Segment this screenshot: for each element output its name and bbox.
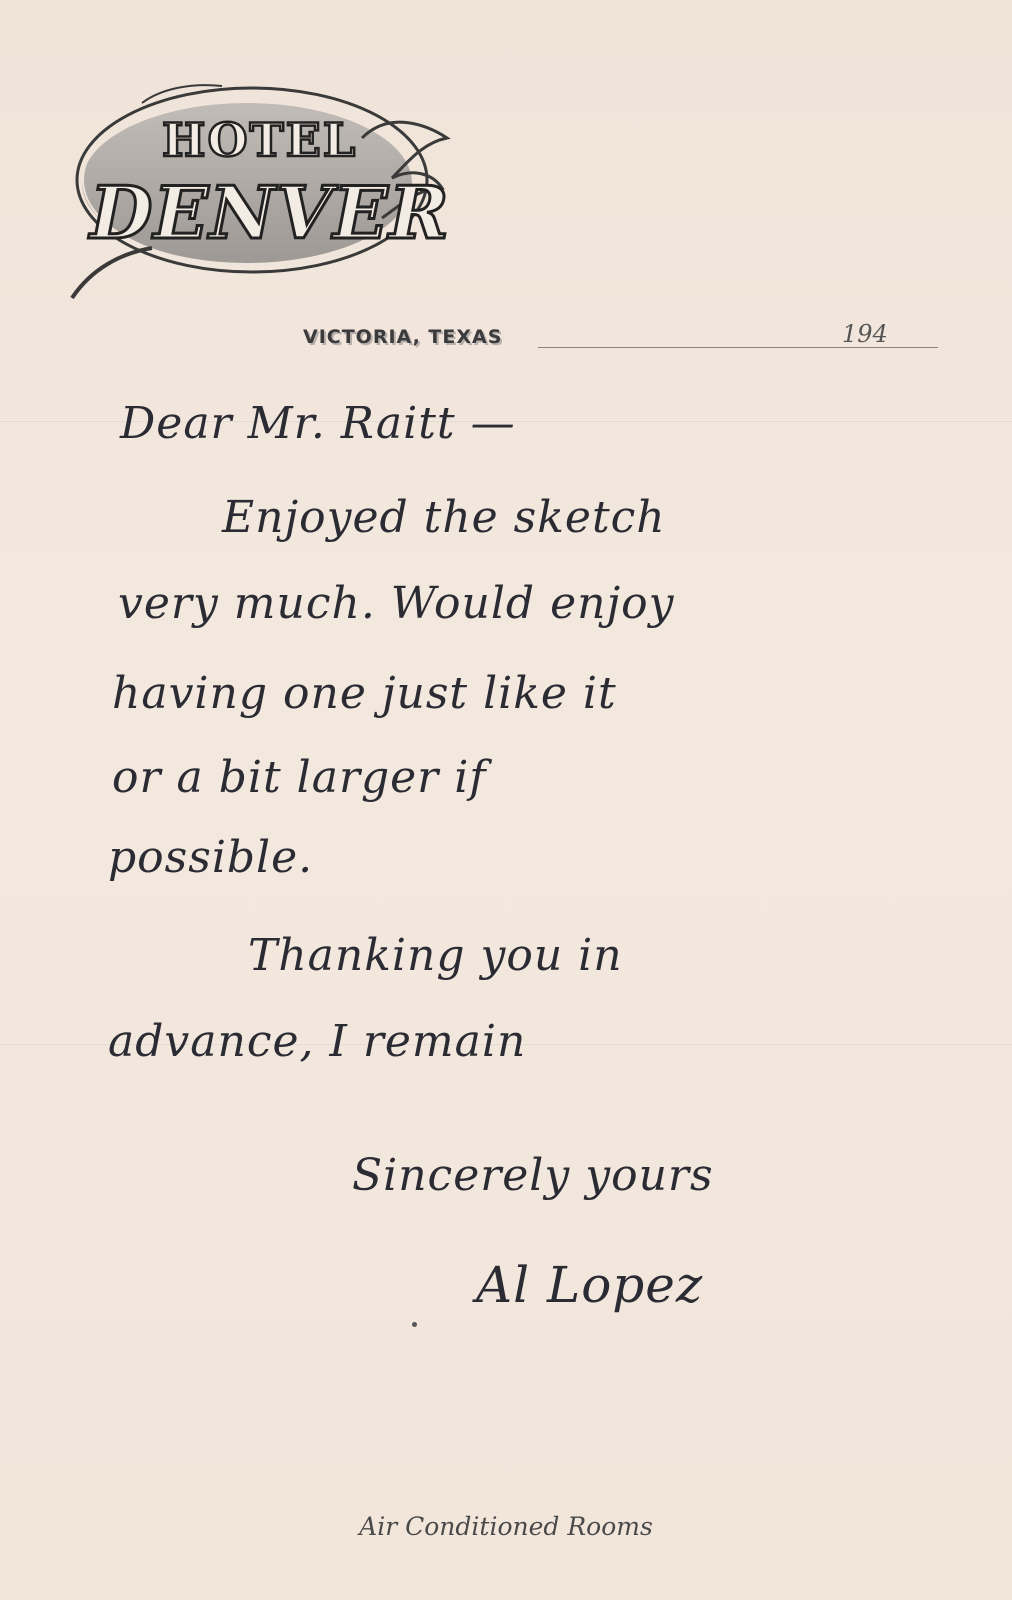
date-year-prefix: 194: [842, 320, 888, 348]
letter-line: or a bit larger if: [112, 752, 487, 803]
letter-line: advance, I remain: [108, 1016, 526, 1067]
footer-tagline: Air Conditioned Rooms: [0, 1512, 1012, 1541]
letter-page: HOTEL DENVER VICTORIA, TEXAS 194 Dear Mr…: [0, 0, 1012, 1600]
hotel-logo-emblem-icon: HOTEL DENVER: [62, 68, 454, 303]
hotel-logo: HOTEL DENVER: [62, 68, 454, 303]
svg-text:HOTEL: HOTEL: [162, 113, 357, 167]
hotel-location: VICTORIA, TEXAS: [303, 326, 502, 348]
letter-line: having one just like it: [112, 668, 617, 719]
letter-signature: Al Lopez: [476, 1256, 703, 1314]
svg-text:DENVER: DENVER: [88, 170, 450, 255]
letter-closing: Sincerely yours: [352, 1150, 714, 1201]
letter-salutation: Dear Mr. Raitt —: [120, 398, 516, 449]
letter-line: possible.: [108, 832, 313, 883]
letter-line: Thanking you in: [248, 930, 623, 981]
ink-spot: [412, 1322, 417, 1327]
letter-line: very much. Would enjoy: [118, 578, 674, 629]
letter-line: Enjoyed the sketch: [222, 492, 666, 543]
